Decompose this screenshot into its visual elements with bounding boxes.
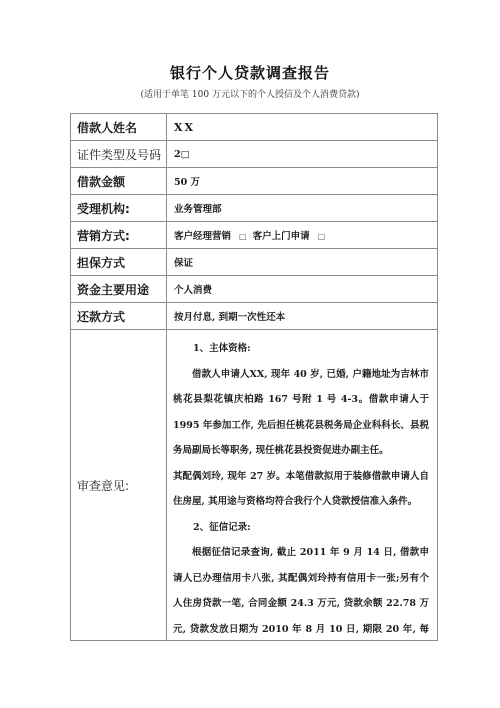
loan-report-table: 借款人姓名 XX 证件类型及号码 2□ 借款金额 50 万 受理机构: 业务管理… (70, 113, 438, 641)
row-label: 还款方式 (71, 303, 167, 330)
table-row-id-type: 证件类型及号码 2□ (71, 141, 438, 168)
review-opinion: 1、主体资格: 借款人申请人XX, 现年 40 岁, 已婚, 户籍地址为吉林市桃… (167, 330, 438, 641)
document-subtitle: (适用于单笔 100 万元以下的个人授信及个人消费贷款) (0, 87, 500, 100)
borrower-name-value: XX (167, 114, 438, 141)
checkbox-walkin[interactable]: □ (318, 232, 326, 241)
row-label: 营销方式: (71, 222, 167, 249)
table-row-purpose: 资金主要用途 个人消费 (71, 276, 438, 303)
guarantee-value: 保证 (167, 249, 438, 276)
section2-paragraph: 根据征信记录查询, 截止 2011 年 9 月 14 日, 借款申请人已办理信用… (173, 540, 429, 638)
option-manager-label: 客户经理营销 (174, 231, 231, 242)
row-label: 证件类型及号码 (71, 141, 167, 168)
id-type-value: 2□ (167, 141, 438, 168)
marketing-method-value: 客户经理营销□客户上门申请□ (167, 222, 438, 249)
repayment-value: 按月付息, 到期一次性还本 (167, 303, 438, 330)
table-row-loan-amount: 借款金额 50 万 (71, 168, 438, 195)
row-label: 担保方式 (71, 249, 167, 276)
purpose-value: 个人消费 (167, 276, 438, 303)
option-walkin-label: 客户上门申请 (253, 231, 310, 242)
row-label: 借款金额 (71, 168, 167, 195)
document-title: 银行个人贷款调查报告 (0, 62, 500, 83)
row-label: 借款人姓名 (71, 114, 167, 141)
checkbox-manager[interactable]: □ (239, 232, 247, 241)
table-row-borrower-name: 借款人姓名 XX (71, 114, 438, 141)
table-row-marketing-method: 营销方式: 客户经理营销□客户上门申请□ (71, 222, 438, 249)
loan-amount-value: 50 万 (167, 168, 438, 195)
row-label: 审查意见: (71, 330, 167, 641)
section1-heading: 1、主体资格: (173, 336, 429, 362)
row-label: 资金主要用途 (71, 276, 167, 303)
section2-heading: 2、征信记录: (173, 515, 429, 541)
section1-paragraph: 借款人申请人XX, 现年 40 岁, 已婚, 户籍地址为吉林市桃花县梨花镇庆柏路… (173, 362, 429, 464)
table-row-repayment: 还款方式 按月付息, 到期一次性还本 (71, 303, 438, 330)
row-label: 受理机构: (71, 195, 167, 222)
table-row-institution: 受理机构: 业务管理部 (71, 195, 438, 222)
section1-spouse-paragraph: 其配偶刘玲, 现年 27 岁。本笔借款拟用于装修借款申请人自住房屋, 其用途与资… (173, 464, 429, 515)
institution-value: 业务管理部 (167, 195, 438, 222)
table-row-review: 审查意见: 1、主体资格: 借款人申请人XX, 现年 40 岁, 已婚, 户籍地… (71, 330, 438, 641)
table-row-guarantee: 担保方式 保证 (71, 249, 438, 276)
